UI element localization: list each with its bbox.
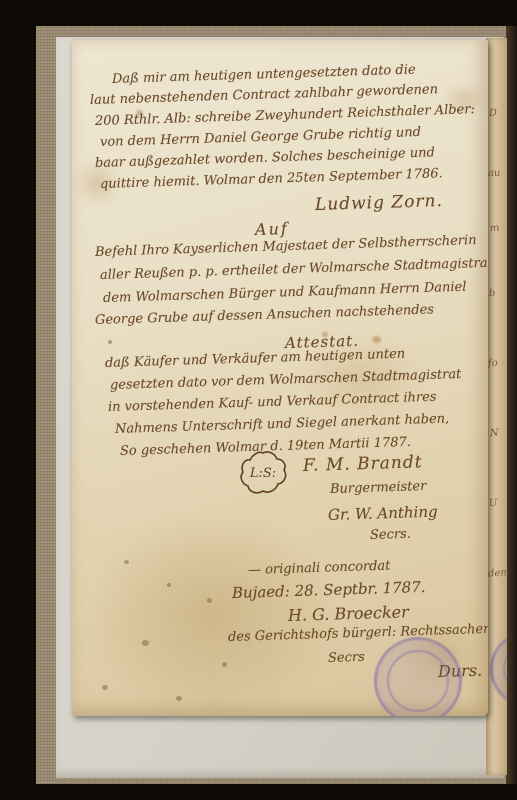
cutoff-text-fragment: U (489, 498, 498, 510)
speck (102, 685, 108, 690)
speck (222, 662, 227, 667)
mayor-title: Burgermeister (330, 479, 427, 497)
signature-broecker: H. G. Broecker (288, 602, 409, 625)
decree-heading: Auf (255, 219, 289, 239)
seal-monogram: L:S: (249, 466, 276, 481)
decree-line: George Grube auf dessen Ansuchen nachste… (95, 302, 434, 328)
book-cover-right-edge (506, 26, 517, 784)
cutoff-text-fragment: m (490, 223, 500, 235)
archive-stamp-partial (490, 633, 507, 705)
cutoff-text-fragment: N (490, 428, 499, 440)
attestat-line: Nahmens Unterschrift und Siegel anerkant… (115, 412, 450, 437)
manuscript-page: Daß mir am heutigen untengesetzten dato … (72, 40, 488, 716)
secretary-title: Secrs. (370, 527, 411, 543)
receipt-line: quittire hiemit. Wolmar den 25ten Septem… (100, 166, 443, 192)
broecker-title-2: Secrs (328, 650, 365, 666)
broecker-title: des Gerichtshofs bürgerl: Rechtssachen (228, 622, 488, 645)
speck (167, 583, 171, 587)
cutoff-text-fragment: fo (488, 358, 498, 370)
speck (207, 598, 212, 603)
speck (108, 340, 112, 344)
concordat-date: Bujaed: 28. Septbr. 1787. (232, 578, 426, 602)
signature-mayor: F. M. Brandt (303, 452, 423, 476)
cutoff-text-fragment: au (488, 168, 501, 180)
attestat-line: in vorstehenden Kauf- und Verkauf Contra… (108, 390, 437, 415)
speck (124, 560, 129, 564)
attestat-line: gesetzten dato vor dem Wolmarschen Stadt… (110, 367, 462, 393)
signature-secretary: Gr. W. Anthing (328, 503, 438, 524)
archive-stamp (374, 637, 462, 716)
photo-of-bound-manuscript: D au m b fo N U den Daß mir am heutigen … (0, 0, 517, 800)
speck (176, 696, 182, 701)
next-page-edge: D au m b fo N U den (486, 38, 507, 775)
signature-ludwig-zorn: Ludwig Zorn. (315, 191, 443, 215)
speck (142, 640, 149, 646)
concordat-line: — originali concordat (248, 559, 391, 578)
cutoff-text-fragment: den (488, 567, 507, 579)
decree-line: aller Reußen p. p. ertheilet der Wolmars… (100, 256, 488, 283)
rust-spot (372, 336, 381, 343)
cutoff-text-fragment: b (489, 288, 496, 299)
attestat-line: daß Käufer und Verkäufer am heutigen unt… (105, 347, 406, 371)
cutoff-text-fragment: D (489, 108, 498, 120)
ls-seal-drawing: L:S: (238, 450, 288, 496)
